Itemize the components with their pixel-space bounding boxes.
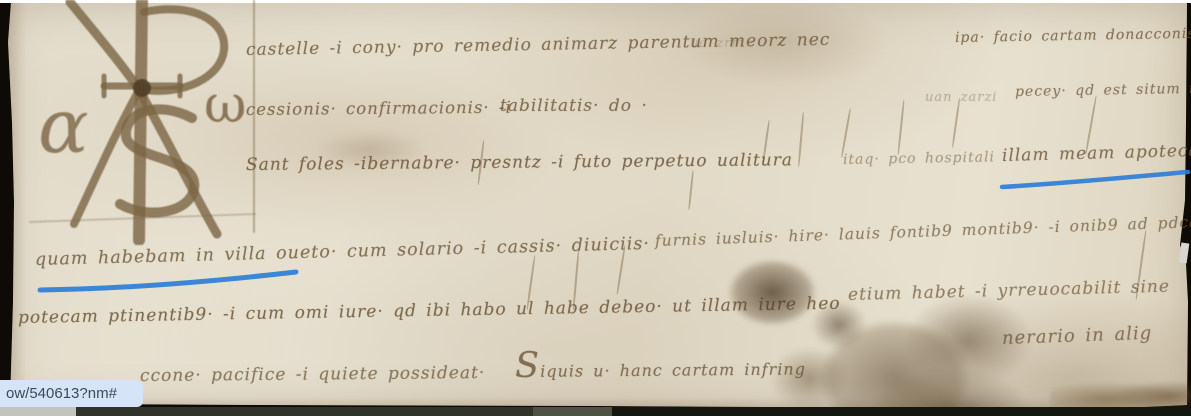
manuscript-line-6-siquis: Siquis u· hanc cartam infring bbox=[515, 342, 806, 386]
manuscript-line-2-left: cessionis· confirmacionis· -i bbox=[246, 98, 512, 119]
bottom-edge-segment-dark bbox=[76, 407, 533, 416]
manuscript-line-1-mid: ua zrm bbox=[690, 36, 745, 51]
bottom-edge-segment-light bbox=[0, 407, 76, 416]
alpha-glyph: α bbox=[38, 82, 89, 170]
manuscript-line-2-mid: tabilitatis· do · bbox=[500, 96, 648, 116]
bottom-edge-segment-black bbox=[612, 407, 1191, 416]
chi-rho-monogram-icon: α ω bbox=[12, 0, 257, 245]
cross-center bbox=[133, 79, 151, 97]
manuscript-line-6-left: ccone· pacifice -i quiete possideat· bbox=[140, 363, 485, 386]
bottom-edge-segment-olive bbox=[533, 407, 612, 416]
omega-glyph: ω bbox=[204, 75, 246, 135]
parchment-tear-notch bbox=[1179, 243, 1190, 264]
manuscript-viewer[interactable]: α ω castelle -i cony· pro remedio animar… bbox=[0, 0, 1191, 416]
manuscript-line-2-right: pecey· qd est situm intej bbox=[1015, 80, 1191, 100]
status-bar-url-tooltip: ow/540613?nm# bbox=[0, 380, 143, 407]
manuscript-line-3-mid: itaq· pco hospitali bbox=[843, 149, 995, 168]
manuscript-line-2-faint: uan zarzi bbox=[925, 90, 997, 105]
